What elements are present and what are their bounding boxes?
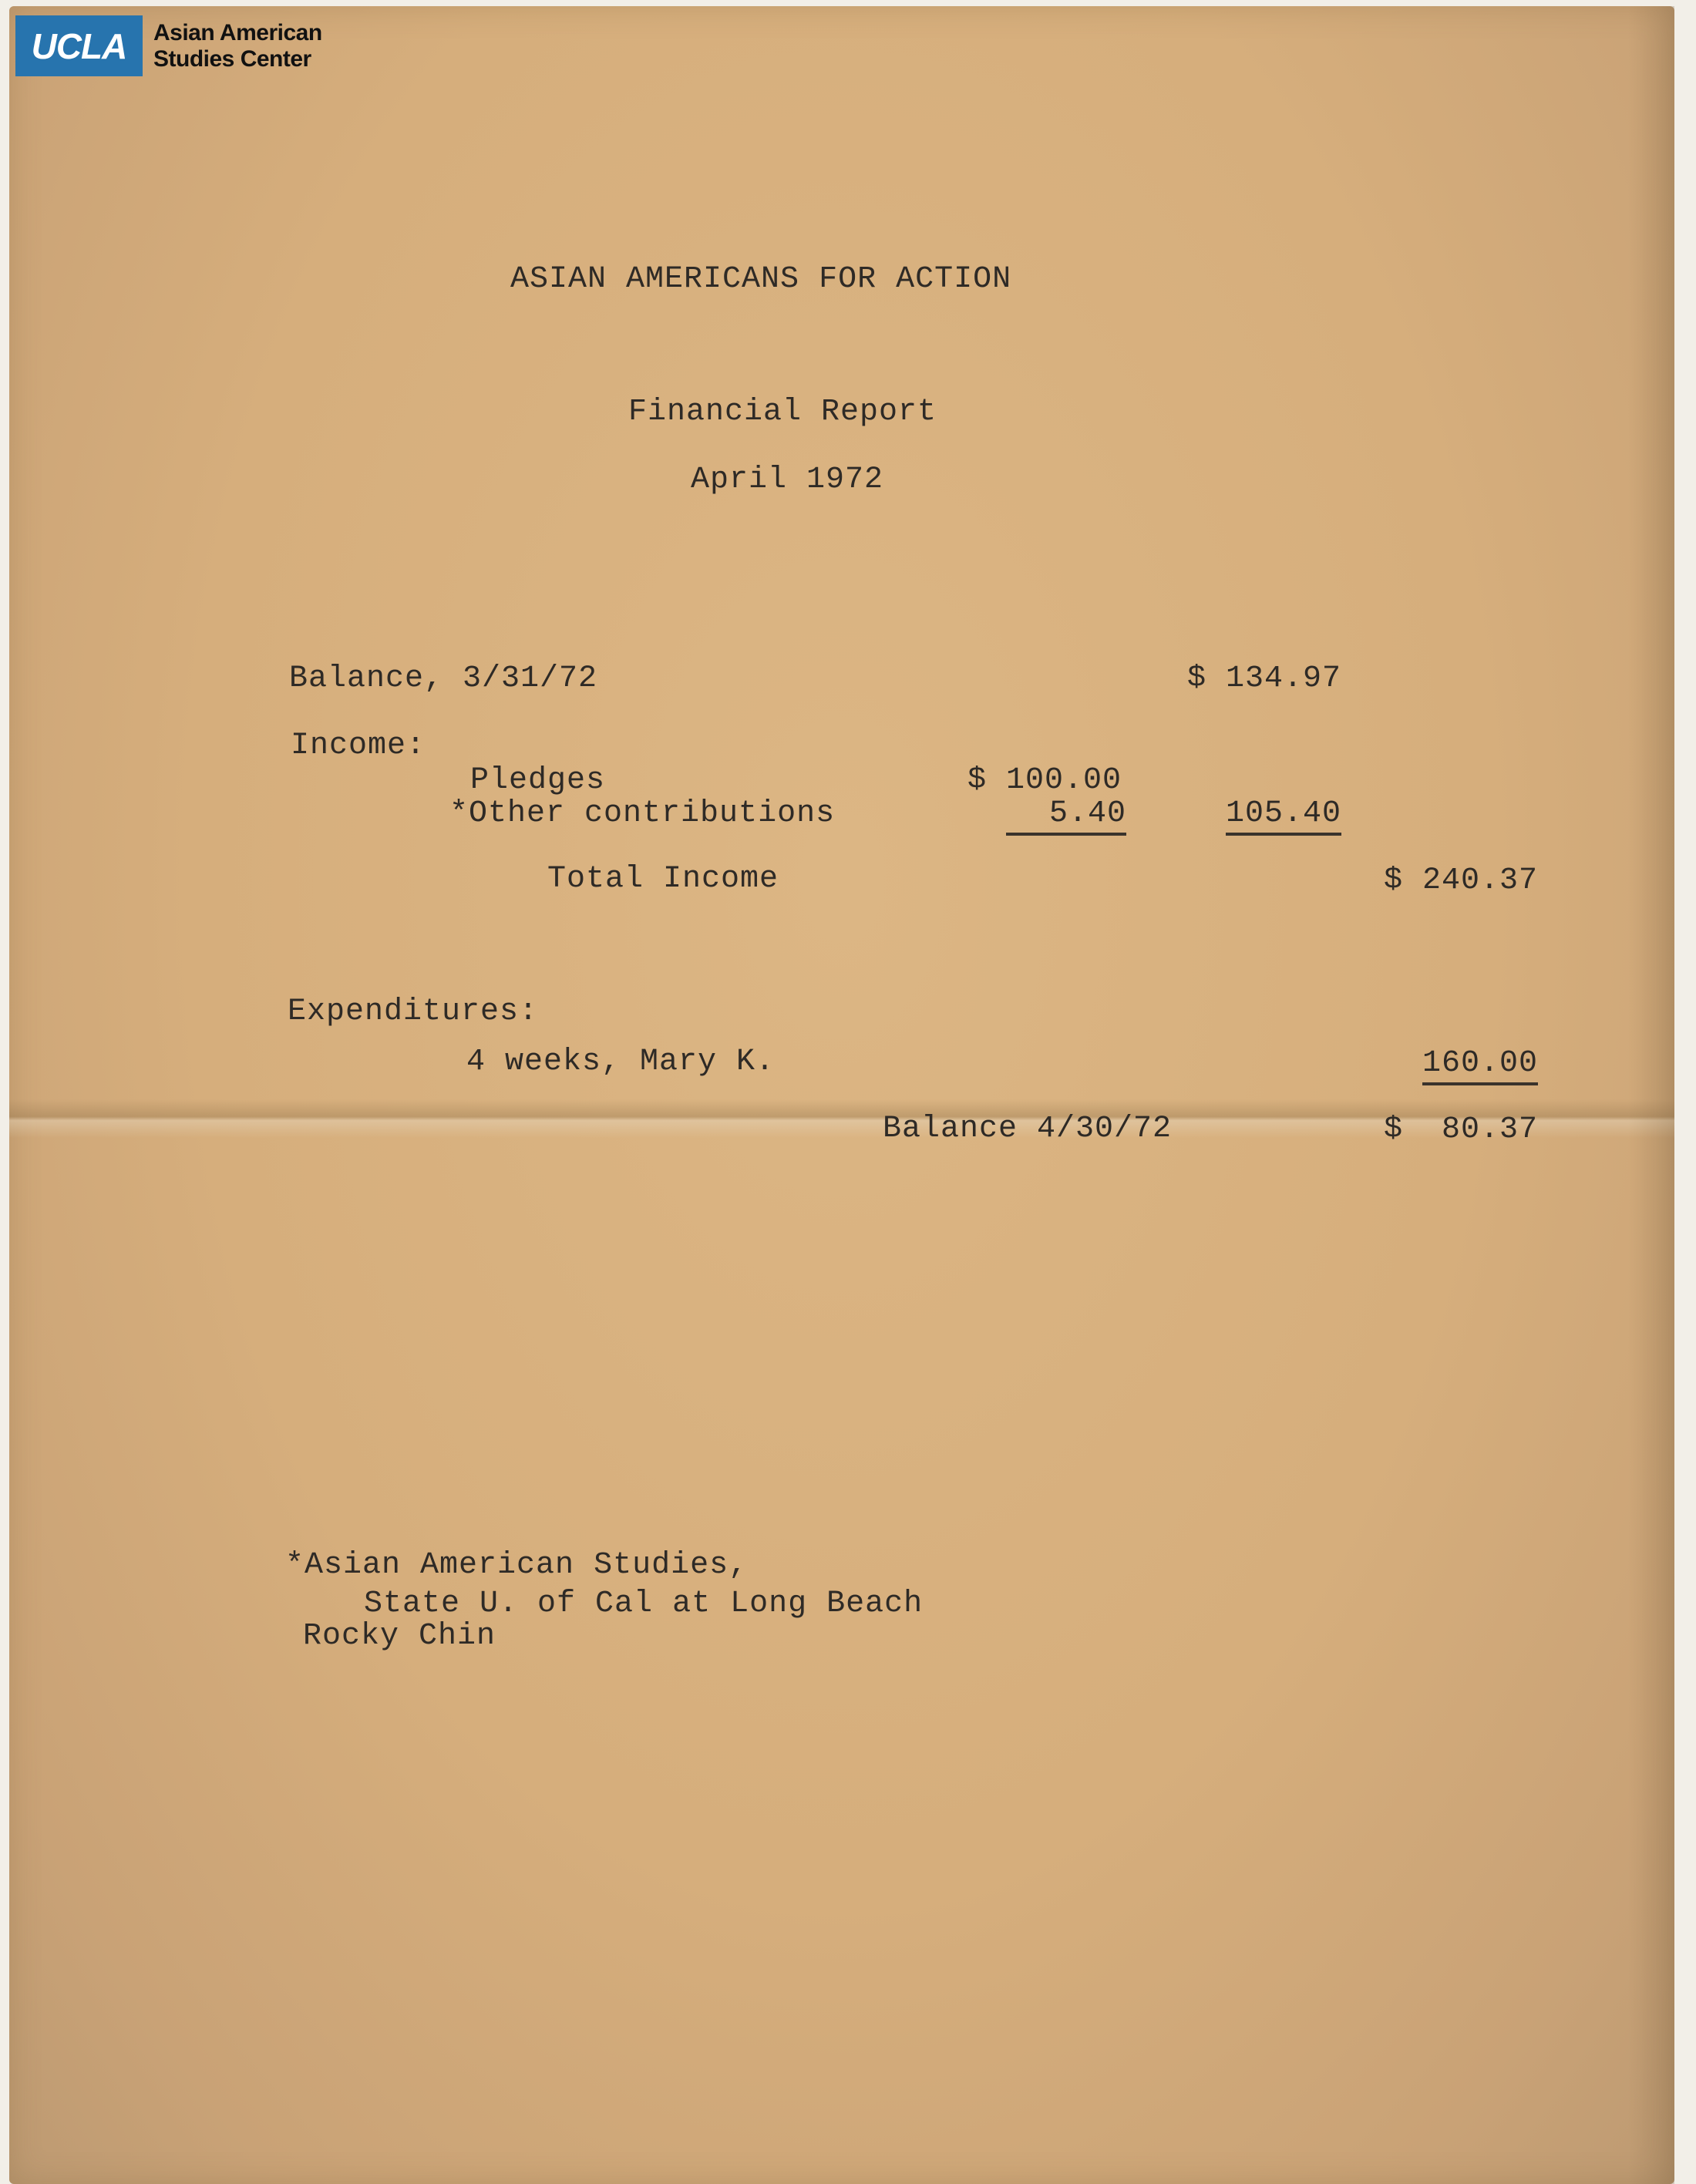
income-item-amount: $ 100.00 <box>967 763 1122 798</box>
income-item-label: Pledges <box>470 763 605 798</box>
income-subtotal: 105.40 <box>1226 796 1341 836</box>
income-item-amount: 5.40 <box>1006 796 1126 836</box>
opening-balance-amount: $ 134.97 <box>1187 661 1341 696</box>
paper-edge-shadow <box>1628 6 1674 2184</box>
report-period: April 1972 <box>691 463 883 497</box>
ucla-aasc-logo: UCLA Asian American Studies Center <box>15 15 322 76</box>
total-income-amount: $ 240.37 <box>1384 863 1538 898</box>
org-name: Asian American Studies Center <box>153 20 322 72</box>
expenditure-item-label: 4 weeks, Mary K. <box>466 1045 775 1079</box>
ucla-logo-box: UCLA <box>15 15 143 76</box>
footnote-line1: *Asian American Studies, <box>285 1548 748 1583</box>
opening-balance-label: Balance, 3/31/72 <box>289 661 597 696</box>
org-name-line2: Studies Center <box>153 46 322 72</box>
income-item-label: *Other contributions <box>449 796 835 831</box>
report-title: Financial Report <box>628 395 937 429</box>
expenditure-item-amount: 160.00 <box>1422 1046 1538 1085</box>
expenditures-heading: Expenditures: <box>288 994 538 1029</box>
closing-balance-amount: $ 80.37 <box>1384 1112 1538 1147</box>
income-heading: Income: <box>291 729 426 763</box>
footnote-line3: Rocky Chin <box>303 1619 496 1654</box>
organization-heading: ASIAN AMERICANS FOR ACTION <box>510 262 1011 297</box>
total-income-label: Total Income <box>547 862 779 897</box>
closing-balance-label: Balance 4/30/72 <box>883 1112 1172 1146</box>
org-name-line1: Asian American <box>153 20 322 46</box>
footnote-line2: State U. of Cal at Long Beach <box>364 1587 923 1621</box>
paper-sheet <box>9 6 1674 2184</box>
